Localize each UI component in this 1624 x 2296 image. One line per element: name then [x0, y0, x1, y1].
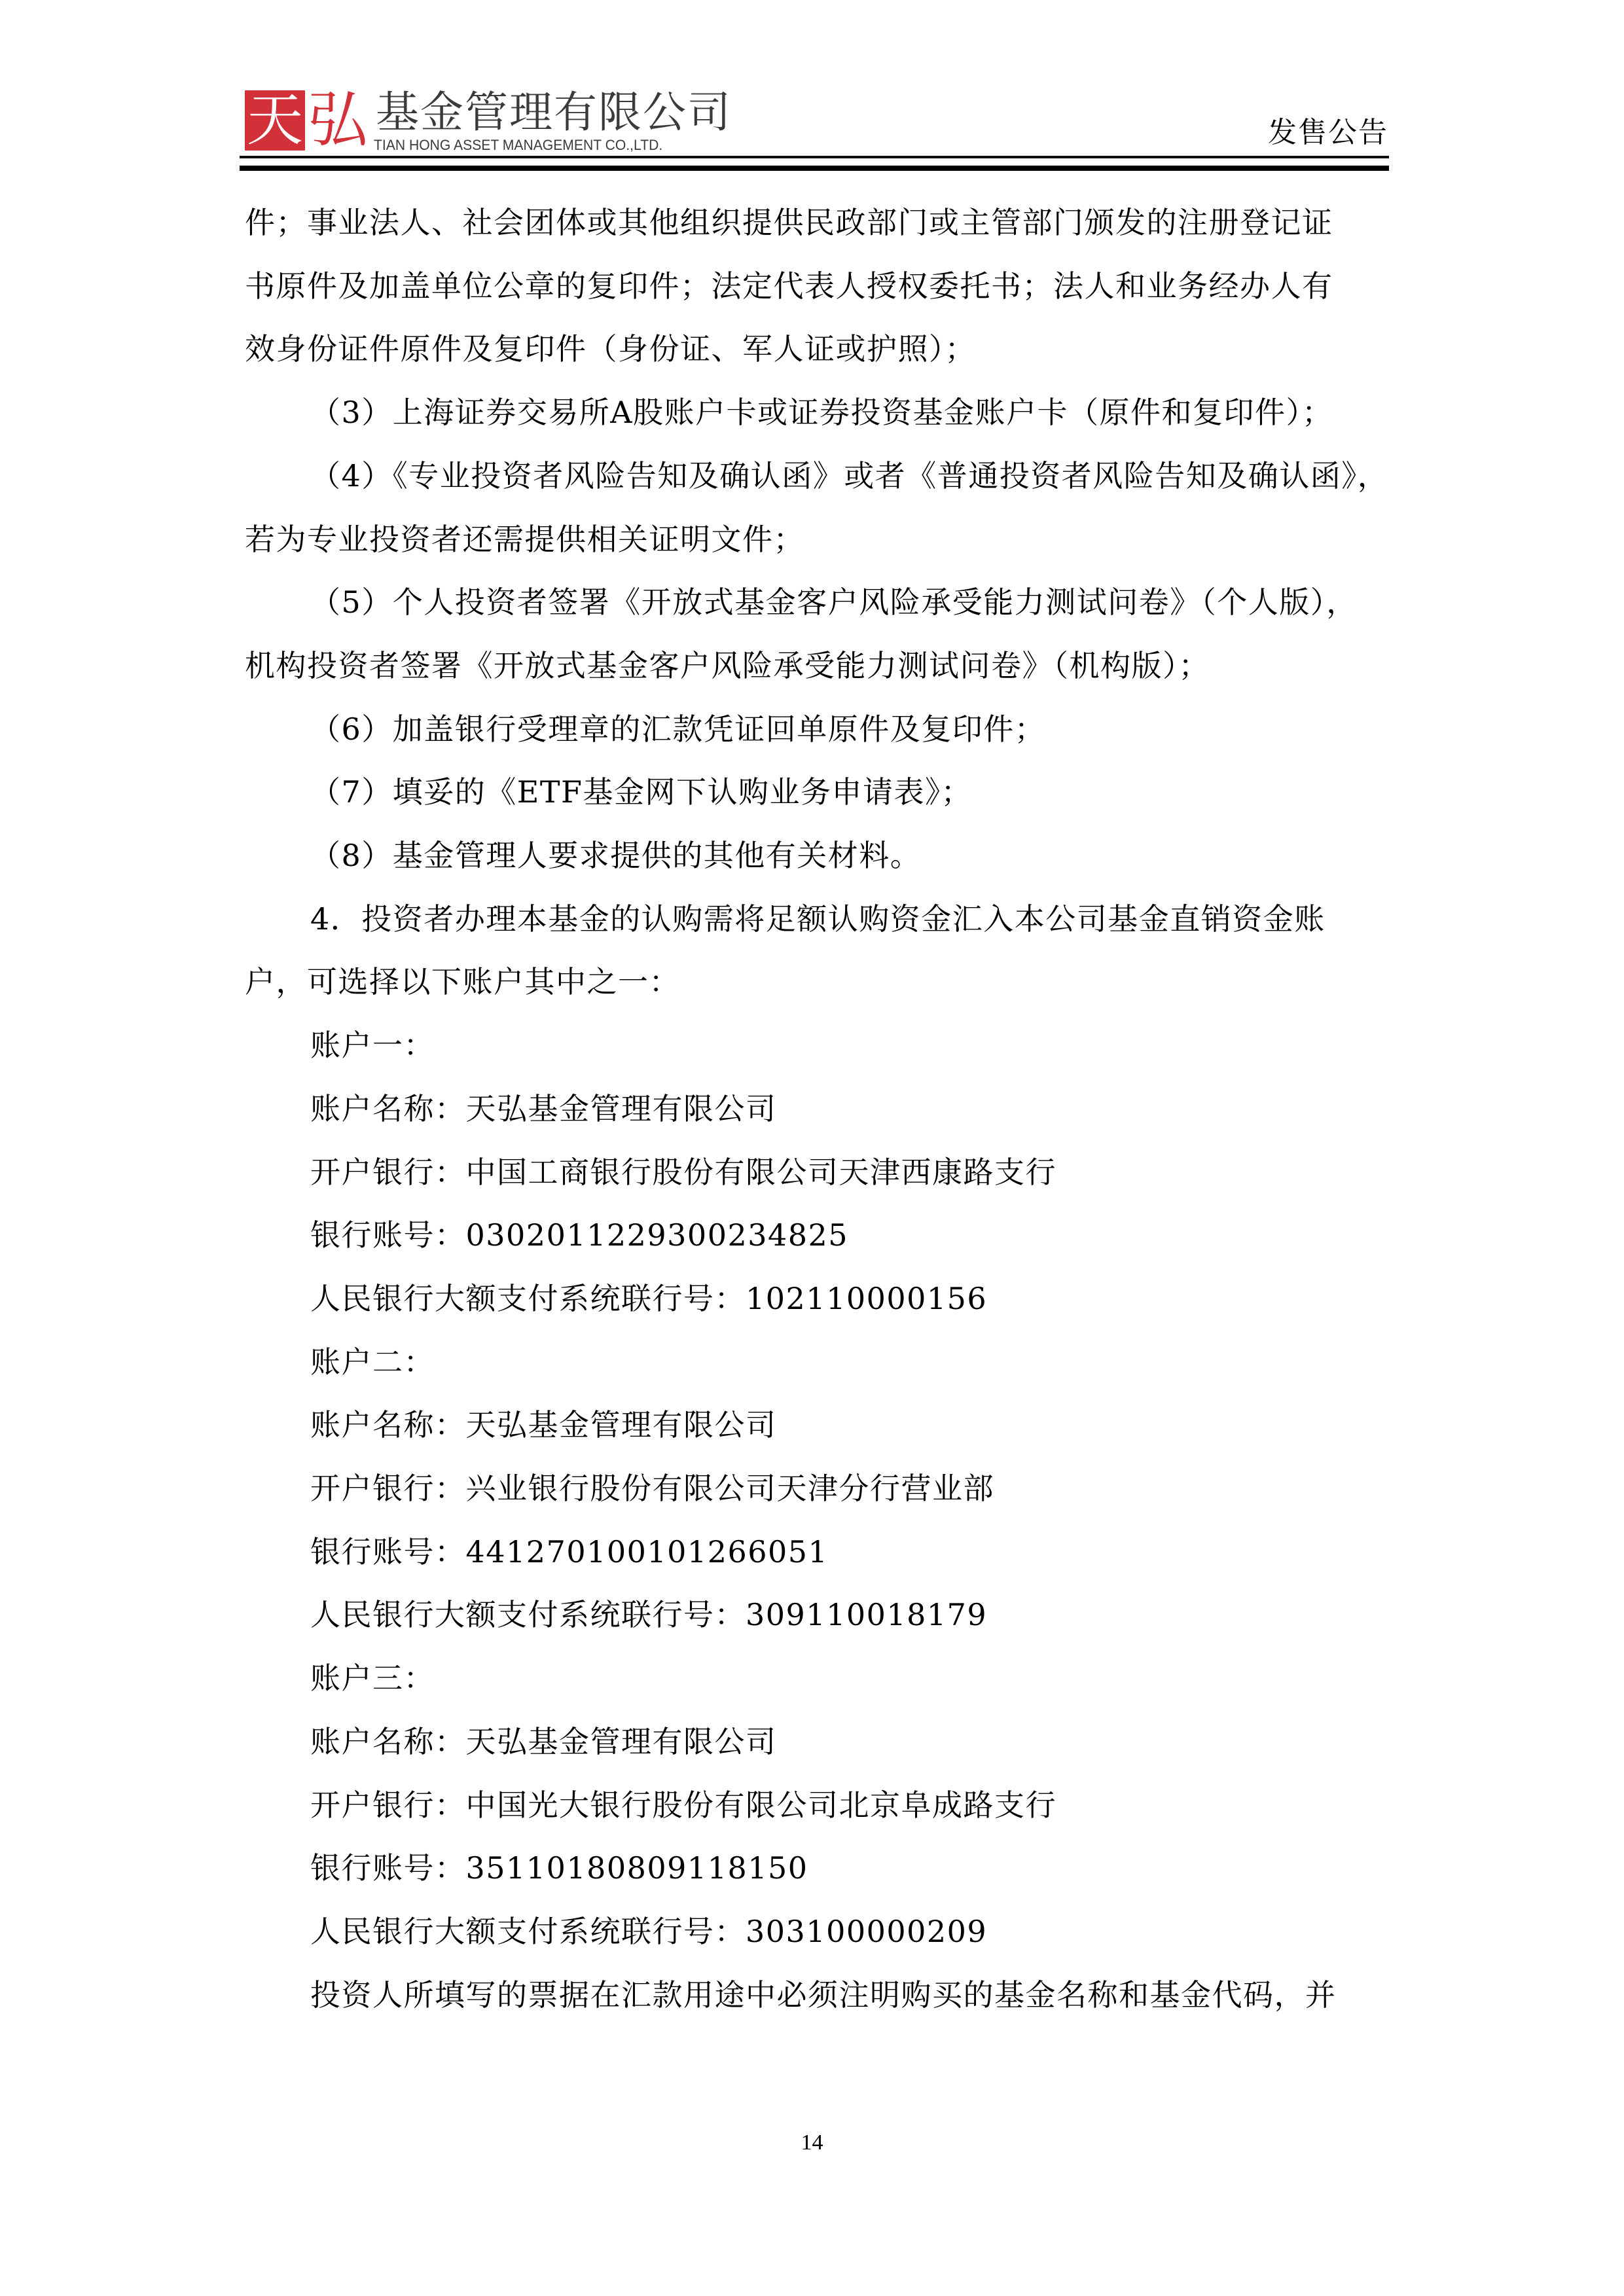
- text-line: 账户名称：天弘基金管理有限公司: [310, 1405, 777, 1444]
- company-logo: 天 弘 基金管理有限公司 TIAN HONG ASSET MANAGEMENT …: [245, 88, 716, 153]
- logo-red-box: 天: [245, 90, 305, 151]
- text-line: （8）基金管理人要求提供的其他有关材料。: [310, 836, 921, 875]
- text-line: 银行账号：0302011229300234825: [310, 1215, 848, 1255]
- text-line: 4．投资者办理本基金的认购需将足额认购资金汇入本公司基金直销资金账: [310, 899, 1326, 939]
- text-line: （4）《专业投资者风险告知及确认函》或者《普通投资者风险告知及确认函》，: [310, 456, 1388, 495]
- logo-char-tian: 天: [247, 88, 303, 153]
- text-line: 账户二：: [310, 1342, 435, 1382]
- text-line: 书原件及加盖单位公章的复印件；法定代表人授权委托书；法人和业务经办人有: [245, 266, 1333, 306]
- text-line: 人民银行大额支付系统联行号：102110000156: [310, 1279, 987, 1318]
- logo-company-name-en: TIAN HONG ASSET MANAGEMENT CO.,LTD.: [374, 137, 662, 153]
- text-line: 机构投资者签署《开放式基金客户风险承受能力测试问卷》（机构版）；: [245, 646, 1210, 685]
- text-line: 账户名称：天弘基金管理有限公司: [310, 1089, 777, 1128]
- header-rule-thin: [240, 156, 1389, 158]
- text-line: 账户名称：天弘基金管理有限公司: [310, 1722, 777, 1761]
- header-rule-thick: [240, 166, 1389, 171]
- text-line: 开户银行：兴业银行股份有限公司天津分行营业部: [310, 1469, 994, 1508]
- text-line: 人民银行大额支付系统联行号：309110018179: [310, 1595, 987, 1634]
- text-line: 银行账号：441270100101266051: [310, 1532, 828, 1571]
- text-line: （7）填妥的《ETF基金网下认购业务申请表》；: [310, 772, 972, 812]
- text-line: 开户银行：中国光大银行股份有限公司北京阜成路支行: [310, 1785, 1056, 1825]
- text-line: （3）上海证券交易所A股账户卡或证券投资基金账户卡（原件和复印件）；: [310, 393, 1333, 432]
- text-line: 开户银行：中国工商银行股份有限公司天津西康路支行: [310, 1153, 1056, 1192]
- text-line: 人民银行大额支付系统联行号：303100000209: [310, 1912, 987, 1951]
- page-number: 14: [0, 2130, 1624, 2155]
- text-line: （5）个人投资者签署《开放式基金客户风险承受能力测试问卷》（个人版），: [310, 583, 1358, 622]
- text-line: 效身份证件原件及复印件（身份证、军人证或护照）；: [245, 329, 976, 368]
- text-line: 银行账号：35110180809118150: [310, 1848, 808, 1888]
- text-line: 账户三：: [310, 1659, 435, 1698]
- logo-char-hong: 弘: [308, 88, 368, 153]
- page-header: 天 弘 基金管理有限公司 TIAN HONG ASSET MANAGEMENT …: [0, 0, 1624, 190]
- text-line: 户，可选择以下账户其中之一：: [245, 962, 680, 1001]
- text-line: （6）加盖银行受理章的汇款凭证回单原件及复印件；: [310, 709, 1045, 749]
- text-line: 件；事业法人、社会团体或其他组织提供民政部门或主管部门颁发的注册登记证: [245, 203, 1333, 242]
- logo-company-name-cn: 基金管理有限公司: [376, 88, 732, 137]
- text-line: 投资人所填写的票据在汇款用途中必须注明购买的基金名称和基金代码，并: [310, 1975, 1337, 2015]
- text-line: 若为专业投资者还需提供相关证明文件；: [245, 520, 804, 559]
- text-line: 账户一：: [310, 1026, 435, 1065]
- document-type-label: 发售公告: [1268, 117, 1388, 149]
